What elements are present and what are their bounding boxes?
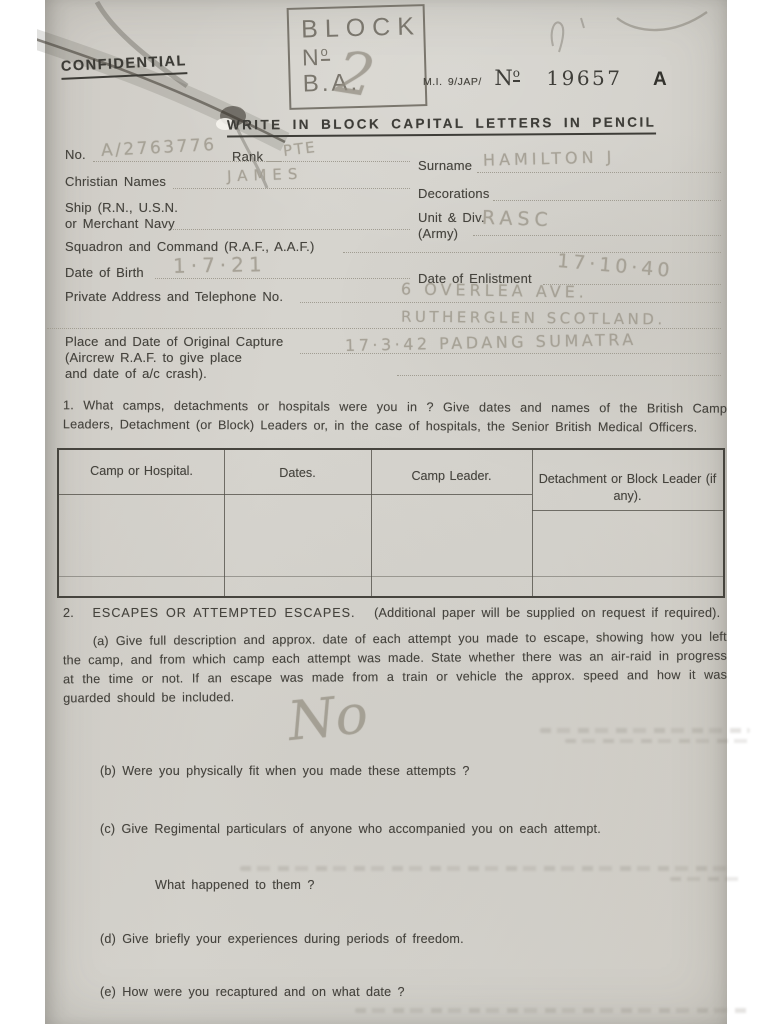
question-2b: (b) Were you physically fit when you mad… [100, 762, 710, 781]
field-label-ship: Ship (R.N., U.S.N.or Merchant Navy [65, 200, 178, 232]
section-2a-text: (a) Give full description and approx. da… [63, 628, 728, 708]
camps-table: Camp or Hospital. Dates. Camp Leader. De… [57, 448, 725, 598]
question-1-text: 1. What camps, detachments or hospitals … [63, 396, 727, 437]
field-line-squadron [343, 251, 721, 253]
field-line-rank [267, 160, 410, 162]
question-2d: (d) Give briefly your experiences during… [100, 930, 710, 949]
field-line-surname [477, 171, 721, 173]
field-label-decorations: Decorations [418, 186, 490, 202]
field-line-christian-names [173, 187, 410, 189]
file-reference-no-label: No [494, 66, 520, 90]
field-line-capture-2 [397, 374, 721, 376]
field-value-surname: HAMILTON J [483, 147, 616, 169]
question-2e: (e) How were you recaptured and on what … [100, 983, 710, 1002]
question-2c: (c) Give Regimental particulars of anyon… [100, 820, 710, 839]
section-2-heading: 2. ESCAPES OR ATTEMPTED ESCAPES. (Additi… [63, 604, 727, 623]
form-page: CONFIDENTIAL BLOCK No B.A. 2 M.I. 9/JAP/… [45, 0, 727, 1024]
file-reference-number: 19657 [546, 66, 622, 90]
field-line-address-1 [300, 301, 721, 303]
field-value-date-of-birth: 1·7·21 [173, 252, 267, 278]
table-header-camp: Camp or Hospital. [59, 463, 224, 480]
field-label-no: No. [65, 147, 86, 163]
field-label-rank: Rank [232, 149, 263, 165]
field-label-unit: Unit & Div.(Army) [418, 210, 485, 242]
table-column-divider [532, 450, 533, 596]
handwritten-escape-answer: No [285, 682, 371, 753]
field-label-address: Private Address and Telephone No. [65, 289, 283, 305]
field-line-ship [173, 228, 410, 230]
field-label-christian-names: Christian Names [65, 174, 166, 190]
field-line-unit [473, 234, 721, 236]
pencil-scribble-decoration [525, 0, 725, 60]
table-header-underline [59, 494, 532, 495]
file-reference-grade: A [653, 69, 667, 90]
instruction-heading: WRITE IN BLOCK CAPITAL LETTERS IN PENCIL [227, 115, 656, 138]
field-value-unit: RASC [482, 207, 553, 231]
field-label-surname: Surname [418, 158, 472, 174]
field-value-address-2: RUTHERGLEN SCOTLAND. [401, 308, 666, 329]
bleed-through-marks [520, 722, 750, 749]
table-row-line [59, 576, 723, 577]
file-reference-dept: M.I. 9/JAP/ [423, 76, 482, 88]
file-reference: M.I. 9/JAP/ No 19657 A [423, 66, 667, 91]
table-header-camp-leader: Camp Leader. [371, 468, 532, 485]
bleed-through-marks [355, 1002, 755, 1019]
field-value-address-1: 6 OVERLEA AVE. [401, 279, 588, 301]
field-label-capture: Place and Date of Original Capture (Airc… [65, 334, 283, 382]
question-2c-followup: What happened to them ? [155, 876, 710, 895]
field-label-date-of-birth: Date of Birth [65, 265, 144, 281]
scanned-document: CONFIDENTIAL BLOCK No B.A. 2 M.I. 9/JAP/… [0, 0, 772, 1024]
field-value-christian-names: JAMES [227, 165, 304, 186]
table-header-underline [532, 510, 723, 511]
table-header-detachment-leader: Detachment or Block Leader (if any). [537, 471, 718, 505]
field-value-date-of-enlistment: 17·10·40 [556, 250, 674, 282]
field-label-squadron: Squadron and Command (R.A.F., A.A.F.) [65, 239, 315, 255]
table-header-dates: Dates. [224, 465, 371, 482]
field-line-decorations [493, 199, 721, 201]
